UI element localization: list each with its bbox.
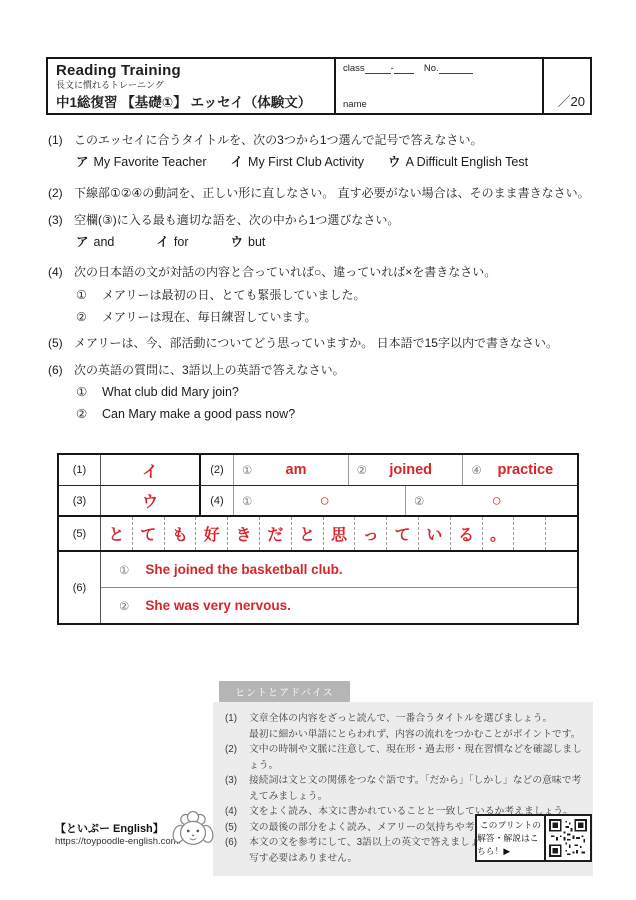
series-subtitle: 長文に慣れるトレーニング <box>56 78 326 91</box>
option-a-mark: ア <box>76 155 89 169</box>
question-4-text: 次の日本語の文が対話の内容と合っていれば○、違っていれば×を書きなさい。 <box>74 264 600 281</box>
question-3-text: 空欄(③)に入る最も適切な語を、次の中から1つ選びなさい。 <box>74 212 600 229</box>
answer-row-2: (3) ウ (4) ① ○ ② ○ <box>59 486 577 517</box>
class-number-row: class - No. <box>343 63 535 74</box>
subitem-mark: ① <box>76 287 102 304</box>
question-5: (5) メアリーは、今、部活動についてどう思っていますか。 日本語で15字以内で… <box>48 335 600 352</box>
hint-number: (4) <box>225 804 249 820</box>
worksheet-title: 中1総復習 【基礎①】 エッセイ（体験文） <box>56 91 326 111</box>
grid-cell: と <box>292 517 324 550</box>
grid-cell: 好 <box>196 517 228 550</box>
circled-number: ① <box>119 563 129 577</box>
option-u: ウA Difficult English Test <box>388 154 528 171</box>
circled-number: ② <box>119 599 129 613</box>
question-2: (2) 下線部①②④の動詞を、正しい形に直しなさい。 直す必要がない場合は、その… <box>48 185 600 202</box>
answer-link-text: このプリントの 解答・解説はこちら！▶ <box>477 816 546 860</box>
option-3-a-text: and <box>94 235 115 249</box>
grid-cell: 思 <box>324 517 356 550</box>
option-3-a-mark: ア <box>76 235 89 249</box>
question-4-number: (4) <box>48 264 74 281</box>
hint-line-1: (1) 文章全体の内容をざっと読んで、一番合うタイトルを選びましょう。 <box>225 711 583 727</box>
class-blank-2 <box>394 63 414 74</box>
answer-row-5: (5) と て も 好 き だ と 思 っ て い る 。 <box>59 517 577 552</box>
option-3-u-mark: ウ <box>230 235 243 249</box>
hint-number: (2) <box>225 742 249 773</box>
hint-text: 文中の時制や文脈に注意して、現在形・過去形・現在習慣などを確認しましょう。 <box>249 742 583 773</box>
question-list: (1) このエッセイに合うタイトルを、次の3つから1つ選んで記号で答えなさい。 … <box>48 132 600 423</box>
option-a-text: My Favorite Teacher <box>94 155 207 169</box>
circled-number: ① <box>242 463 252 477</box>
no-blank <box>439 63 473 74</box>
grid-cell: き <box>228 517 260 550</box>
question-6: (6) 次の英語の質問に、3語以上の英語で答えなさい。 <box>48 362 600 379</box>
hint-line-2: (2) 文中の時制や文脈に注意して、現在形・過去形・現在習慣などを確認しましょう… <box>225 742 583 773</box>
grid-cell: っ <box>355 517 387 550</box>
answer-2-label: (2) <box>201 455 234 485</box>
option-3-i: イfor <box>156 234 188 251</box>
answer-sentence: She was very nervous. <box>145 598 291 613</box>
option-3-i-text: for <box>174 235 189 249</box>
subitem-text: メアリーは現在、毎日練習しています。 <box>102 309 317 326</box>
answer-table: (1) イ (2) ① am ② joined ④ practice (3) ウ… <box>57 453 579 625</box>
hint-number: (3) <box>225 773 249 804</box>
answer-4-item-2: ② ○ <box>406 486 577 515</box>
subitem-text: Can Mary make a good pass now? <box>102 406 295 423</box>
question-1-number: (1) <box>48 132 74 149</box>
question-3-number: (3) <box>48 212 74 229</box>
answer-3-label: (3) <box>59 486 101 515</box>
question-6-subitem-1: ① What club did Mary join? <box>48 384 600 401</box>
answer-value: am <box>252 462 347 478</box>
no-label: No. <box>424 63 439 74</box>
score-box: ／20 <box>544 59 590 113</box>
answer-row-1: (1) イ (2) ① am ② joined ④ practice <box>59 455 577 486</box>
question-4-subitem-1: ① メアリーは最初の日、とても緊張していました。 <box>48 287 600 304</box>
option-3-u-text: but <box>248 235 265 249</box>
grid-cell <box>546 517 577 550</box>
hint-text: 接続詞は文と文の関係をつなぐ語です。「だから」「しかし」などの意味で考えてみまし… <box>249 773 583 804</box>
option-3-u: ウbut <box>230 234 265 251</box>
answer-circle-mark: ○ <box>424 491 577 511</box>
brand-url: https://toypoodle-english.com/ <box>55 836 181 847</box>
subitem-mark: ① <box>76 384 102 401</box>
circled-number: ② <box>357 463 367 477</box>
answer-value: practice <box>482 462 577 478</box>
subitem-text: What club did Mary join? <box>102 384 239 401</box>
answer-row-6: (6) ① She joined the basketball club. ② … <box>59 552 577 623</box>
circled-number: ① <box>242 494 252 508</box>
option-3-i-mark: イ <box>156 235 169 249</box>
question-1-text: このエッセイに合うタイトルを、次の3つから1つ選んで記号で答えなさい。 <box>74 132 600 149</box>
option-u-text: A Difficult English Test <box>406 155 529 169</box>
class-blank <box>365 63 391 74</box>
hint-line-1b: 最初に細かい単語にとらわれず、内容の流れをつかむことがポイントです。 <box>225 727 583 743</box>
question-4: (4) 次の日本語の文が対話の内容と合っていれば○、違っていれば×を書きなさい。 <box>48 264 600 281</box>
answer-1-label: (1) <box>59 455 101 485</box>
hint-text: 文章全体の内容をざっと読んで、一番合うタイトルを選びましょう。 <box>249 711 583 727</box>
question-6-number: (6) <box>48 362 74 379</box>
answer-6-area: ① She joined the basketball club. ② She … <box>101 552 577 623</box>
question-1-options: アMy Favorite Teacher イMy First Club Acti… <box>48 154 600 171</box>
question-3: (3) 空欄(③)に入る最も適切な語を、次の中から1つ選びなさい。 <box>48 212 600 229</box>
question-6-text: 次の英語の質問に、3語以上の英語で答えなさい。 <box>74 362 600 379</box>
grid-cell: て <box>133 517 165 550</box>
option-3-a: アand <box>76 234 114 251</box>
toy-poodle-logo-icon <box>170 808 216 857</box>
hint-number: (6) <box>225 835 249 866</box>
hint-number: (5) <box>225 820 249 836</box>
answer-link-line-1: このプリントの <box>480 819 541 832</box>
grid-cell: も <box>165 517 197 550</box>
grid-cell: い <box>419 517 451 550</box>
answer-2-item-3: ④ practice <box>463 455 577 485</box>
qr-code-icon <box>546 816 590 860</box>
answer-value: joined <box>367 462 462 478</box>
question-1: (1) このエッセイに合うタイトルを、次の3つから1つ選んで記号で答えなさい。 <box>48 132 600 149</box>
question-2-number: (2) <box>48 185 74 202</box>
series-title: Reading Training <box>56 62 326 79</box>
hint-tab-label: ヒントとアドバイス <box>219 681 350 702</box>
hint-text: 最初に細かい単語にとらわれず、内容の流れをつかむことがポイントです。 <box>249 727 583 743</box>
answer-6-item-2: ② She was very nervous. <box>101 588 577 623</box>
option-u-mark: ウ <box>388 155 401 169</box>
answer-6-item-1: ① She joined the basketball club. <box>101 552 577 588</box>
hint-line-3: (3) 接続詞は文と文の関係をつなぐ語です。「だから」「しかし」などの意味で考え… <box>225 773 583 804</box>
question-5-text: メアリーは、今、部活動についてどう思っていますか。 日本語で15字以内で書きなさ… <box>74 335 600 352</box>
answer-link-box: このプリントの 解答・解説はこちら！▶ <box>475 814 592 862</box>
hint-number <box>225 727 249 743</box>
subitem-text: メアリーは最初の日、とても緊張していました。 <box>102 287 366 304</box>
grid-cell: だ <box>260 517 292 550</box>
answer-2-item-2: ② joined <box>349 455 464 485</box>
option-i-mark: イ <box>231 155 244 169</box>
answer-1-value: イ <box>101 455 201 485</box>
question-3-options: アand イfor ウbut <box>48 234 600 251</box>
name-label: name <box>343 99 535 110</box>
question-6-subitem-2: ② Can Mary make a good pass now? <box>48 406 600 423</box>
question-4-subitem-2: ② メアリーは現在、毎日練習しています。 <box>48 309 600 326</box>
brand-name: 【といぷー English】 <box>55 820 164 836</box>
answer-5-character-grid: と て も 好 き だ と 思 っ て い る 。 <box>101 517 577 550</box>
question-2-text: 下線部①②④の動詞を、正しい形に直しなさい。 直す必要がない場合は、そのまま書き… <box>74 185 600 202</box>
circled-number: ④ <box>471 463 481 477</box>
answer-4-item-1: ① ○ <box>234 486 406 515</box>
student-info-block: class - No. name <box>336 59 544 113</box>
worksheet-header: Reading Training 長文に慣れるトレーニング 中1総復習 【基礎①… <box>46 57 592 115</box>
question-5-number: (5) <box>48 335 74 352</box>
circled-number: ② <box>414 494 424 508</box>
subitem-mark: ② <box>76 406 102 423</box>
subitem-mark: ② <box>76 309 102 326</box>
answer-2-item-1: ① am <box>234 455 349 485</box>
grid-cell: と <box>101 517 133 550</box>
grid-cell: て <box>387 517 419 550</box>
answer-link-line-2: 解答・解説はこちら！▶ <box>477 832 544 858</box>
answer-5-label: (5) <box>59 517 101 550</box>
option-i-text: My First Club Activity <box>248 155 364 169</box>
grid-cell <box>514 517 546 550</box>
grid-cell: 。 <box>483 517 515 550</box>
class-label: class <box>343 63 365 74</box>
header-title-block: Reading Training 長文に慣れるトレーニング 中1総復習 【基礎①… <box>48 59 336 113</box>
grid-cell: る <box>451 517 483 550</box>
answer-6-label: (6) <box>59 552 101 623</box>
option-i: イMy First Club Activity <box>231 154 365 171</box>
answer-sentence: She joined the basketball club. <box>145 562 342 577</box>
answer-3-value: ウ <box>101 486 201 515</box>
answer-circle-mark: ○ <box>252 491 405 511</box>
hint-number: (1) <box>225 711 249 727</box>
answer-4-label: (4) <box>201 486 234 515</box>
option-a: アMy Favorite Teacher <box>76 154 207 171</box>
